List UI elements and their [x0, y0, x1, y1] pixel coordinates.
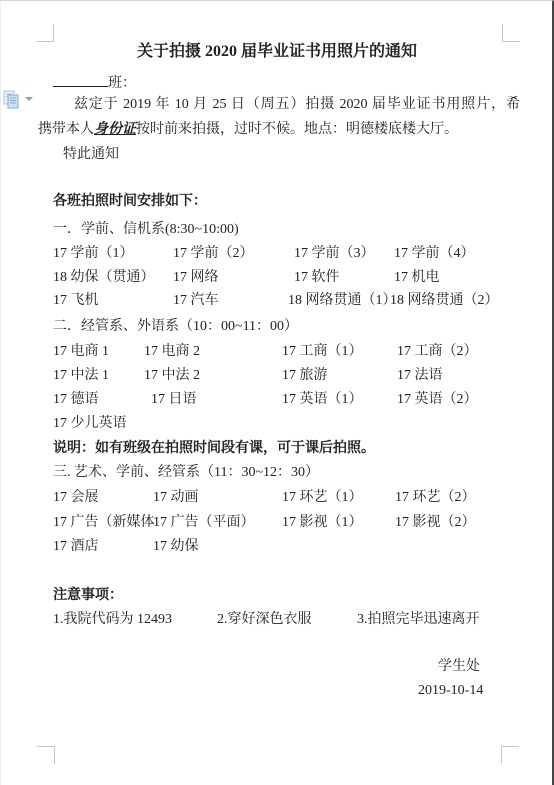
class-line: 班：: [53, 71, 136, 94]
body-line-2: 携带本人身份证按时前来拍摄，过时不候。地点：明德楼底楼大厅。: [38, 120, 458, 140]
body-line-2-suffix: 按时前来拍摄，过时不候。地点：明德楼底楼大厅。: [136, 122, 458, 137]
schedule-cell: 17 中法 2: [144, 366, 200, 386]
notice-item: 2.穿好深色衣服: [217, 610, 312, 630]
schedule-cell: 17 旅游: [282, 366, 328, 386]
schedule-cell: 17 少儿英语: [53, 414, 127, 434]
section-1-header: 一．学前、信机系(8:30~10:00): [53, 220, 239, 240]
schedule-cell: 18 网络贯通（2）: [390, 291, 499, 311]
margin-mark-bottom-right: [501, 746, 519, 764]
schedule-cell: 17 飞机: [53, 291, 99, 311]
schedule-cell: 17 酒店: [53, 537, 99, 557]
schedule-cell: 17 环艺（1）: [282, 488, 363, 508]
schedule-cell: 17 幼保: [153, 537, 199, 557]
schedule-heading: 各班拍照时间安排如下：: [53, 192, 207, 212]
notice-title: 关于拍摄 2020 届毕业证书用照片的通知: [53, 42, 501, 62]
schedule-cell: 17 环艺（2）: [395, 488, 476, 508]
schedule-cell: 17 德语: [53, 390, 99, 410]
schedule-cell: 17 机电: [394, 268, 440, 288]
schedule-cell: 17 学前（4）: [394, 244, 475, 264]
schedule-cell: 17 英语（1）: [282, 390, 363, 410]
schedule-cell: 17 软件: [294, 268, 340, 288]
class-label: 班：: [108, 76, 136, 91]
remark-line: 说明：如有班级在拍照时间段有课，可于课后拍照。: [53, 439, 375, 459]
schedule-cell: 17 工商（2）: [397, 342, 478, 362]
schedule-cell: 17 影视（2）: [395, 513, 476, 533]
schedule-cell: 17 广告（平面）: [153, 513, 255, 533]
margin-mark-top-left: [36, 24, 54, 42]
schedule-cell: 17 影视（1）: [282, 513, 363, 533]
schedule-cell: 17 电商 2: [144, 342, 200, 362]
clipboard-paste-icon: [3, 90, 21, 109]
schedule-cell: 17 会展: [53, 488, 99, 508]
closing-line: 特此通知: [63, 145, 119, 165]
schedule-cell: 17 学前（2）: [173, 244, 254, 264]
schedule-cell: 17 日语: [151, 390, 197, 410]
notices-heading: 注意事项：: [53, 586, 123, 606]
signature-department: 学生处: [438, 657, 480, 677]
schedule-cell: 17 工商（1）: [282, 342, 363, 362]
schedule-cell: 17 中法 1: [53, 366, 109, 386]
schedule-cell: 17 学前（3）: [294, 244, 375, 264]
section-3-header: 三. 艺术、学前、经管系（11：30~12：30）: [53, 463, 319, 483]
notice-item: 1.我院代码为 12493: [53, 610, 172, 630]
schedule-cell: 17 法语: [397, 366, 443, 386]
body-line-2-prefix: 携带本人: [38, 122, 94, 137]
body-line-1: 兹定于 2019 年 10 月 25 日（周五）拍摄 2020 届毕业证书用照片…: [74, 95, 520, 115]
schedule-cell: 17 动画: [153, 488, 199, 508]
id-card-emphasis: 身份证: [94, 122, 136, 137]
document-page: 关于拍摄 2020 届毕业证书用照片的通知 班： 兹定于 2019 年 10 月…: [0, 0, 554, 785]
blank-underline: [53, 71, 108, 87]
signature-date: 2019-10-14: [418, 681, 483, 701]
margin-mark-top-right: [502, 24, 520, 42]
schedule-cell: 18 幼保（贯通）: [53, 268, 155, 288]
schedule-cell: 17 广告（新媒体: [53, 513, 155, 533]
schedule-cell: 17 英语（2）: [397, 390, 478, 410]
schedule-cell: 17 电商 1: [53, 342, 109, 362]
schedule-cell: 18 网络贯通（1）: [288, 291, 397, 311]
schedule-cell: 17 学前（1）: [53, 244, 134, 264]
notice-item: 3.拍照完毕迅速离开: [357, 610, 480, 630]
paste-options-button[interactable]: [3, 89, 37, 109]
margin-mark-bottom-left: [37, 746, 55, 764]
section-2-header: 二．经管系、外语系（10：00~11：00）: [53, 317, 298, 337]
chevron-down-icon: [25, 97, 33, 101]
schedule-cell: 17 汽车: [173, 291, 219, 311]
schedule-cell: 17 网络: [173, 268, 219, 288]
